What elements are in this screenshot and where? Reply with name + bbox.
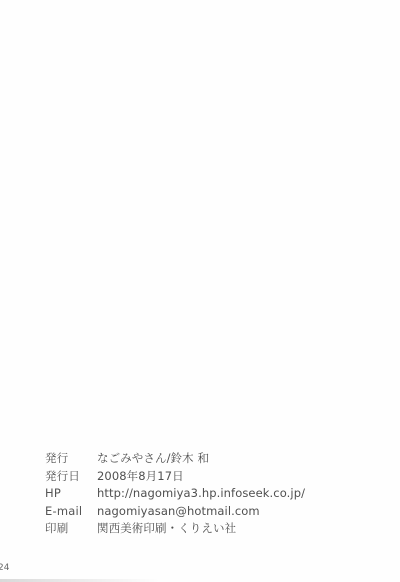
colophon-block: 発行 なごみやさん/鈴木 和 発行日 2008年8月17日 HP http://… bbox=[45, 450, 385, 538]
publisher-value: なごみやさん/鈴木 和 bbox=[97, 450, 209, 467]
email-address: nagomiyasan@hotmail.com bbox=[97, 503, 260, 520]
publisher-label: 発行 bbox=[45, 450, 97, 467]
colophon-row-printer: 印刷 関西美術印刷・くりえい社 bbox=[45, 520, 385, 538]
homepage-label: HP bbox=[45, 485, 97, 502]
colophon-row-publisher: 発行 なごみやさん/鈴木 和 bbox=[45, 450, 385, 468]
email-label: E-mail bbox=[45, 503, 97, 520]
colophon-row-homepage: HP http://nagomiya3.hp.infoseek.co.jp/ bbox=[45, 485, 385, 503]
page-number: 24 bbox=[0, 563, 9, 573]
printer-value: 関西美術印刷・くりえい社 bbox=[97, 520, 236, 537]
document-page: 発行 なごみやさん/鈴木 和 発行日 2008年8月17日 HP http://… bbox=[0, 0, 400, 582]
homepage-url: http://nagomiya3.hp.infoseek.co.jp/ bbox=[97, 485, 305, 502]
publish-date-label: 発行日 bbox=[45, 468, 97, 485]
colophon-row-publish-date: 発行日 2008年8月17日 bbox=[45, 468, 385, 486]
printer-label: 印刷 bbox=[45, 520, 97, 537]
publish-date-value: 2008年8月17日 bbox=[97, 468, 184, 485]
colophon-row-email: E-mail nagomiyasan@hotmail.com bbox=[45, 503, 385, 521]
